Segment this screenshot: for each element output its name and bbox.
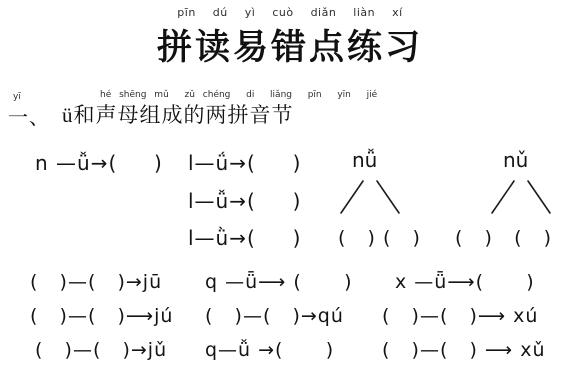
tree-branch-lines (336, 178, 406, 216)
page-title: 拼读易错点练习 (0, 20, 580, 70)
exercise-cell-ju1: ( )—( )→jū (30, 271, 162, 293)
section-number: 一、 (8, 101, 50, 130)
title-pinyin: pīn dú yì cuò diǎn liàn xí (0, 6, 580, 19)
section-heading: ü和声母组成的两拼音节 (62, 99, 294, 129)
exercise-cell-ju2: ( )—( )⟶jú (30, 305, 173, 327)
tree-blanks-nv3: ( ) ( ) (338, 227, 421, 249)
tree-syllable-nu3: nǔ (503, 148, 528, 172)
exercise-l-v4: l—ǜ→( ) (188, 226, 301, 250)
exercise-cell-xv1: x —ǖ⟶( ) (395, 271, 535, 293)
exercise-n-v3: n —ǚ→( ) (35, 151, 163, 175)
tree-blanks-nu3: ( ) ( ) (455, 227, 552, 249)
worksheet-page: pīn dú yì cuò diǎn liàn xí 拼读易错点练习 yī 一、… (0, 0, 580, 370)
exercise-cell-qu2: ( )—( )→qú (205, 305, 344, 327)
exercise-l-v2: l—ǘ→( ) (188, 151, 301, 175)
tree-branch-lines (487, 178, 557, 216)
exercise-cell-qv1: q —ǖ⟶ ( ) (205, 271, 352, 293)
tree-syllable-nv3: nǚ (352, 148, 377, 172)
exercise-cell-ju3: ( )—( )→jǔ (35, 339, 167, 361)
exercise-cell-qv3: q—ǚ →( ) (205, 339, 334, 361)
exercise-cell-xu3: ( )—( ) ⟶ xǔ (382, 339, 546, 361)
exercise-l-v3: l—ǚ→( ) (188, 189, 301, 213)
exercise-cell-xu2: ( )—( )⟶ xú (382, 305, 538, 327)
